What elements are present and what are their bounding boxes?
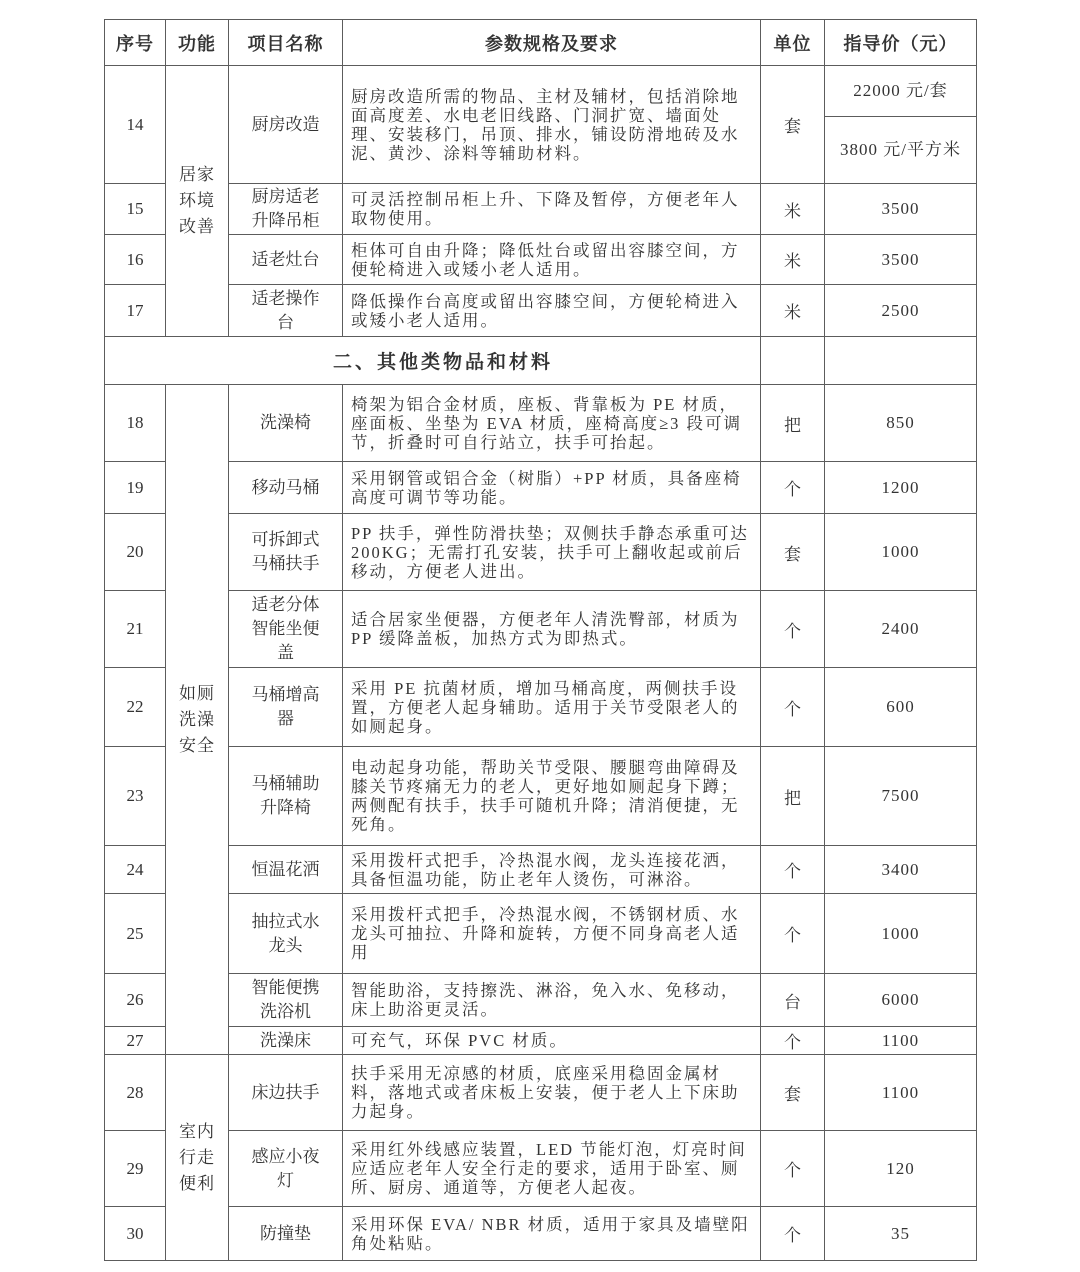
table-row: 25 抽拉式水龙头 采用拨杆式把手，冷热混水阀，不锈钢材质、水龙头可抽拉、升降和…: [105, 894, 977, 974]
project-name-cell: 适老灶台: [229, 235, 343, 285]
table-row: 29 感应小夜灯 采用红外线感应装置，LED 节能灯泡，灯亮时间应适应老年人安全…: [105, 1131, 977, 1207]
price-table-container: 序号 功能 项目名称 参数规格及要求 单位 指导价（元） 14 居家环境改善 厨…: [104, 19, 977, 1261]
seq-cell: 23: [105, 747, 166, 846]
project-name-cell: 智能便携洗浴机: [229, 974, 343, 1027]
seq-cell: 17: [105, 285, 166, 337]
project-name-cell: 床边扶手: [229, 1055, 343, 1131]
seq-cell: 30: [105, 1207, 166, 1261]
section-title-cell: 二、其他类物品和材料: [105, 337, 761, 385]
unit-cell: 个: [761, 462, 825, 514]
seq-cell: 25: [105, 894, 166, 974]
unit-cell: 套: [761, 66, 825, 184]
price-cell: 2500: [825, 285, 977, 337]
price-cell: 120: [825, 1131, 977, 1207]
price-cell-empty: [825, 337, 977, 385]
unit-cell: 个: [761, 894, 825, 974]
header-price: 指导价（元）: [825, 20, 977, 66]
unit-cell: 把: [761, 747, 825, 846]
table-row: 24 恒温花洒 采用拨杆式把手，冷热混水阀，龙头连接花洒，具备恒温功能，防止老年…: [105, 846, 977, 894]
table-row: 20 可拆卸式马桶扶手 PP 扶手，弹性防滑扶垫；双侧扶手静态承重可达 200K…: [105, 514, 977, 591]
unit-cell: 米: [761, 184, 825, 235]
table-row: 30 防撞垫 采用环保 EVA/ NBR 材质，适用于家具及墙壁阳角处粘贴。 个…: [105, 1207, 977, 1261]
spec-cell: 厨房改造所需的物品、主材及辅材，包括消除地面高度差、水电老旧线路、门洞扩宽、墙面…: [343, 66, 761, 184]
project-name-cell: 适老分体智能坐便盖: [229, 591, 343, 668]
table-row: 18 如厕洗澡安全 洗澡椅 椅架为铝合金材质，座板、背靠板为 PE 材质，座面板…: [105, 385, 977, 462]
unit-cell-empty: [761, 337, 825, 385]
unit-cell: 个: [761, 668, 825, 747]
project-name-cell: 马桶增高器: [229, 668, 343, 747]
header-function: 功能: [166, 20, 229, 66]
header-spec: 参数规格及要求: [343, 20, 761, 66]
table-row: 19 移动马桶 采用钢管或铝合金（树脂）+PP 材质，具备座椅高度可调节等功能。…: [105, 462, 977, 514]
price-cell: 7500: [825, 747, 977, 846]
spec-cell: 采用钢管或铝合金（树脂）+PP 材质，具备座椅高度可调节等功能。: [343, 462, 761, 514]
price-cell: 6000: [825, 974, 977, 1027]
table-row: 26 智能便携洗浴机 智能助浴，支持擦洗、淋浴，免入水、免移动，床上助浴更灵活。…: [105, 974, 977, 1027]
seq-cell: 16: [105, 235, 166, 285]
seq-cell: 28: [105, 1055, 166, 1131]
seq-cell: 18: [105, 385, 166, 462]
price-cell-top: 22000 元/套: [825, 66, 977, 117]
project-name-cell: 厨房适老升降吊柜: [229, 184, 343, 235]
unit-cell: 个: [761, 591, 825, 668]
unit-cell: 个: [761, 846, 825, 894]
unit-cell: 米: [761, 235, 825, 285]
header-unit: 单位: [761, 20, 825, 66]
spec-cell: 可灵活控制吊柜上升、下降及暂停，方便老年人取物使用。: [343, 184, 761, 235]
spec-cell: 电动起身功能，帮助关节受限、腰腿弯曲障碍及膝关节疼痛无力的老人，更好地如厕起身下…: [343, 747, 761, 846]
unit-cell: 个: [761, 1027, 825, 1055]
seq-cell: 27: [105, 1027, 166, 1055]
project-name-cell: 可拆卸式马桶扶手: [229, 514, 343, 591]
function-group-cell: 居家环境改善: [166, 66, 229, 337]
price-cell: 1100: [825, 1055, 977, 1131]
spec-cell: 适合居家坐便器，方便老年人清洗臀部，材质为 PP 缓降盖板，加热方式为即热式。: [343, 591, 761, 668]
unit-cell: 个: [761, 1131, 825, 1207]
spec-cell: 采用拨杆式把手，冷热混水阀，龙头连接花洒，具备恒温功能，防止老年人烫伤，可淋浴。: [343, 846, 761, 894]
project-name-cell: 恒温花洒: [229, 846, 343, 894]
seq-cell: 15: [105, 184, 166, 235]
price-cell: 1200: [825, 462, 977, 514]
seq-cell: 20: [105, 514, 166, 591]
table-row: 14 居家环境改善 厨房改造 厨房改造所需的物品、主材及辅材，包括消除地面高度差…: [105, 66, 977, 117]
price-cell: 600: [825, 668, 977, 747]
seq-cell: 24: [105, 846, 166, 894]
spec-cell: 智能助浴，支持擦洗、淋浴，免入水、免移动，床上助浴更灵活。: [343, 974, 761, 1027]
header-project-name: 项目名称: [229, 20, 343, 66]
project-name-cell: 马桶辅助升降椅: [229, 747, 343, 846]
function-group-cell: 如厕洗澡安全: [166, 385, 229, 1055]
spec-cell: 椅架为铝合金材质，座板、背靠板为 PE 材质，座面板、坐垫为 EVA 材质，座椅…: [343, 385, 761, 462]
project-name-cell: 洗澡床: [229, 1027, 343, 1055]
unit-cell: 把: [761, 385, 825, 462]
table-row: 28 室内行走便利 床边扶手 扶手采用无凉感的材质，底座采用稳固金属材料，落地式…: [105, 1055, 977, 1131]
spec-cell: 可充气，环保 PVC 材质。: [343, 1027, 761, 1055]
seq-cell: 26: [105, 974, 166, 1027]
seq-cell: 19: [105, 462, 166, 514]
price-cell: 1000: [825, 894, 977, 974]
spec-cell: 柜体可自由升降；降低灶台或留出容膝空间，方便轮椅进入或矮小老人适用。: [343, 235, 761, 285]
price-cell: 1000: [825, 514, 977, 591]
price-cell-bottom: 3800 元/平方米: [825, 117, 977, 184]
price-table: 序号 功能 项目名称 参数规格及要求 单位 指导价（元） 14 居家环境改善 厨…: [104, 19, 977, 1261]
spec-cell: 降低操作台高度或留出容膝空间，方便轮椅进入或矮小老人适用。: [343, 285, 761, 337]
project-name-cell: 抽拉式水龙头: [229, 894, 343, 974]
seq-cell: 21: [105, 591, 166, 668]
spec-cell: 采用红外线感应装置，LED 节能灯泡，灯亮时间应适应老年人安全行走的要求，适用于…: [343, 1131, 761, 1207]
table-row: 17 适老操作台 降低操作台高度或留出容膝空间，方便轮椅进入或矮小老人适用。 米…: [105, 285, 977, 337]
spec-cell: 采用 PE 抗菌材质，增加马桶高度，两侧扶手设置，方便老人起身辅助。适用于关节受…: [343, 668, 761, 747]
spec-cell: 采用拨杆式把手，冷热混水阀，不锈钢材质、水龙头可抽拉、升降和旋转，方便不同身高老…: [343, 894, 761, 974]
project-name-cell: 洗澡椅: [229, 385, 343, 462]
seq-cell: 29: [105, 1131, 166, 1207]
price-cell: 3500: [825, 235, 977, 285]
price-cell: 3500: [825, 184, 977, 235]
price-cell: 850: [825, 385, 977, 462]
unit-cell: 个: [761, 1207, 825, 1261]
header-row: 序号 功能 项目名称 参数规格及要求 单位 指导价（元）: [105, 20, 977, 66]
spec-cell: 扶手采用无凉感的材质，底座采用稳固金属材料，落地式或者床板上安装，便于老人上下床…: [343, 1055, 761, 1131]
section-header-row: 二、其他类物品和材料: [105, 337, 977, 385]
unit-cell: 套: [761, 1055, 825, 1131]
spec-cell: PP 扶手，弹性防滑扶垫；双侧扶手静态承重可达 200KG；无需打孔安装，扶手可…: [343, 514, 761, 591]
price-cell: 35: [825, 1207, 977, 1261]
seq-cell: 14: [105, 66, 166, 184]
table-row: 16 适老灶台 柜体可自由升降；降低灶台或留出容膝空间，方便轮椅进入或矮小老人适…: [105, 235, 977, 285]
table-row: 21 适老分体智能坐便盖 适合居家坐便器，方便老年人清洗臀部，材质为 PP 缓降…: [105, 591, 977, 668]
table-row: 27 洗澡床 可充气，环保 PVC 材质。 个 1100: [105, 1027, 977, 1055]
header-seq: 序号: [105, 20, 166, 66]
seq-cell: 22: [105, 668, 166, 747]
price-cell: 3400: [825, 846, 977, 894]
project-name-cell: 厨房改造: [229, 66, 343, 184]
function-group-cell: 室内行走便利: [166, 1055, 229, 1261]
unit-cell: 套: [761, 514, 825, 591]
unit-cell: 米: [761, 285, 825, 337]
price-cell: 1100: [825, 1027, 977, 1055]
project-name-cell: 防撞垫: [229, 1207, 343, 1261]
spec-cell: 采用环保 EVA/ NBR 材质，适用于家具及墙壁阳角处粘贴。: [343, 1207, 761, 1261]
project-name-cell: 感应小夜灯: [229, 1131, 343, 1207]
price-cell: 2400: [825, 591, 977, 668]
unit-cell: 台: [761, 974, 825, 1027]
project-name-cell: 移动马桶: [229, 462, 343, 514]
table-row: 23 马桶辅助升降椅 电动起身功能，帮助关节受限、腰腿弯曲障碍及膝关节疼痛无力的…: [105, 747, 977, 846]
table-row: 22 马桶增高器 采用 PE 抗菌材质，增加马桶高度，两侧扶手设置，方便老人起身…: [105, 668, 977, 747]
table-row: 15 厨房适老升降吊柜 可灵活控制吊柜上升、下降及暂停，方便老年人取物使用。 米…: [105, 184, 977, 235]
project-name-cell: 适老操作台: [229, 285, 343, 337]
